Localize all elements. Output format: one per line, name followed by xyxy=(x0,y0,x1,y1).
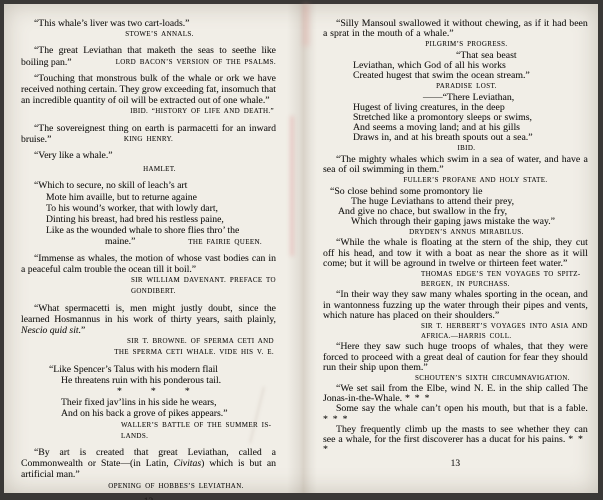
attribution-line: SIR T. HERBERT’S VOYAGES INTO ASIA AND xyxy=(421,321,588,331)
attribution-line: IBID. “HISTORY OF LIFE AND DEATH.” xyxy=(21,106,274,117)
poem-line: Created hugest that swim the ocean strea… xyxy=(323,71,588,81)
attribution-line: HAMLET. xyxy=(43,164,276,175)
attribution-line: KING HENRY. xyxy=(21,134,276,145)
quote-block: “We set sail from the Elbe, wind N. E. i… xyxy=(323,384,588,455)
attribution-line: IBID. xyxy=(345,143,588,153)
poem-line: Dinting his breast, had bred his restles… xyxy=(21,214,276,225)
quote-attribution: SIR T. BROWNE. OF SPERMA CETI ANDTHE SPE… xyxy=(21,336,276,358)
quote-attribution: STOWE’S ANNALS. xyxy=(21,29,276,40)
quote-paragraph: They frequently climb up the masts to se… xyxy=(323,425,588,455)
attribution-line: DRYDEN’S ANNUS MIRABILUS. xyxy=(345,227,588,237)
quote-text: “Silly Mansoul swallowed it without chew… xyxy=(323,19,588,39)
book-scan-screenshot: “This whale’s liver was two cart-loads.”… xyxy=(0,0,603,500)
poem-stanza: “So close behind some promontory lieThe … xyxy=(323,187,588,227)
quote-text: “While the whale is floating at the ster… xyxy=(323,238,588,268)
quote-block: “Silly Mansoul swallowed it without chew… xyxy=(323,19,588,49)
poem-line: Draws in, and at his breath spouts out a… xyxy=(323,133,588,143)
attribution-line: SIR WILLIAM DAVENANT. PREFACE TO xyxy=(131,275,276,286)
poem-line: He threatens ruin with his ponderous tai… xyxy=(21,375,276,386)
quote-block: “That sea beastLeviathan, which God of a… xyxy=(323,51,588,91)
quote-text: “Immense as whales, the motion of whose … xyxy=(21,253,276,275)
poem-stanza: ——“There Leviathan,Hugest of living crea… xyxy=(323,93,588,143)
quote-block: “Here they saw such huge troops of whale… xyxy=(323,342,588,382)
quote-attribution: PARADISE LOST. xyxy=(323,81,588,91)
quote-attribution: WALLER’S BATTLE OF THE SUMMER IS-LANDS. xyxy=(121,420,276,442)
poem-line: * * * xyxy=(21,386,276,397)
quote-attribution: SCHOUTEN’S SIXTH CIRCUMNAVIGATION. xyxy=(323,373,588,383)
quote-italic-phrase: Civitas xyxy=(174,458,201,469)
quote-text: “By art is created that great Leviathan,… xyxy=(21,447,276,481)
quote-block: “Immense as whales, the motion of whose … xyxy=(21,253,276,298)
quote-text: “Here they saw such huge troops of whale… xyxy=(323,342,588,372)
poem-line: Which through their gaping jaws mistake … xyxy=(323,217,588,227)
attribution-line: AFRICA.—HARRIS COLL. xyxy=(421,331,588,341)
attribution-line: SCHOUTEN’S SIXTH CIRCUMNAVIGATION. xyxy=(323,373,570,383)
quote-attribution: DRYDEN’S ANNUS MIRABILUS. xyxy=(323,227,588,237)
quotes-column-right: “Silly Mansoul swallowed it without chew… xyxy=(323,19,588,455)
poem-line: Like as the wounded whale to shore flies… xyxy=(21,225,276,236)
attribution-line: THOMAS EDGE’S TEN VOYAGES TO SPITZ- xyxy=(421,269,588,279)
quote-block: “Which to secure, no skill of leach’s ar… xyxy=(21,180,276,247)
quote-block: “Like Spencer’s Talus with his modern fl… xyxy=(21,364,276,442)
poem-line: “Like Spencer’s Talus with his modern fl… xyxy=(21,364,276,375)
attribution-line: PILGRIM’S PROGRESS. xyxy=(345,39,588,49)
attribution-line: GONDIBERT. xyxy=(131,286,276,297)
quote-block: “While the whale is floating at the ster… xyxy=(323,238,588,288)
attribution-line: LANDS. xyxy=(121,431,276,442)
attribution-line: PARADISE LOST. xyxy=(345,81,588,91)
poem-line: To his wound’s worker, that with lowly d… xyxy=(21,203,276,214)
quote-attribution: THOMAS EDGE’S TEN VOYAGES TO SPITZ-BERGE… xyxy=(421,269,588,289)
poem-stanza: “That sea beastLeviathan, which God of a… xyxy=(323,51,588,81)
quote-attribution: SIR T. HERBERT’S VOYAGES INTO ASIA ANDAF… xyxy=(421,321,588,341)
attribution-line: FULLER’S PROFANE AND HOLY STATE. xyxy=(363,175,588,185)
poem-line: “Which to secure, no skill of leach’s ar… xyxy=(21,180,276,191)
quote-block: “By art is created that great Leviathan,… xyxy=(21,447,276,492)
quote-text: “In their way they saw many whales sport… xyxy=(323,290,588,320)
poem-stanza: “Like Spencer’s Talus with his modern fl… xyxy=(21,364,276,420)
attribution-line: SIR T. BROWNE. OF SPERMA CETI AND xyxy=(21,336,274,347)
quote-text: “This whale’s liver was two cart-loads.” xyxy=(21,18,276,29)
attribution-line: OPENING OF HOBBES’S LEVIATHAN. xyxy=(76,481,276,492)
quote-attribution: THE FAIRIE QUEEN. xyxy=(21,237,276,248)
quote-attribution: FULLER’S PROFANE AND HOLY STATE. xyxy=(323,175,588,185)
book-page-right: “Silly Mansoul swallowed it without chew… xyxy=(300,4,599,500)
poem-line: And on his back a grove of pikes appears… xyxy=(21,408,276,419)
quote-attribution: SIR WILLIAM DAVENANT. PREFACE TOGONDIBER… xyxy=(131,275,276,297)
quote-block: “So close behind some promontory lieThe … xyxy=(323,187,588,237)
quote-text: “Very like a whale.” xyxy=(21,150,276,161)
quote-block: “Touching that monstrous bulk of the wha… xyxy=(21,73,276,118)
quote-attribution: KING HENRY. xyxy=(21,134,276,145)
quote-attribution: IBID. xyxy=(323,143,588,153)
quote-attribution: OPENING OF HOBBES’S LEVIATHAN. xyxy=(21,481,276,492)
quote-segment: “What spermacetti is, men might justly d… xyxy=(21,303,276,325)
attribution-line: BERGEN, IN PURCHASS. xyxy=(421,279,588,289)
quote-block: “This whale’s liver was two cart-loads.”… xyxy=(21,18,276,40)
quote-paragraph: Some say the whale can’t open his mouth,… xyxy=(323,404,588,424)
book-spread: “This whale’s liver was two cart-loads.”… xyxy=(4,4,598,493)
quote-block: “The mighty whales which swim in a sea o… xyxy=(323,155,588,185)
quote-block: ——“There Leviathan,Hugest of living crea… xyxy=(323,93,588,154)
quote-text: “Touching that monstrous bulk of the wha… xyxy=(21,73,276,107)
quote-block: “The sovereignest thing on earth is parm… xyxy=(21,123,276,145)
quote-block: “Very like a whale.”HAMLET. xyxy=(21,150,276,175)
quote-italic-phrase: Nescio quid sit. xyxy=(21,325,81,336)
quote-text: “The mighty whales which swim in a sea o… xyxy=(323,155,588,175)
quote-block: “In their way they saw many whales sport… xyxy=(323,290,588,340)
page-number-right: 13 xyxy=(323,459,588,469)
quote-attribution: HAMLET. xyxy=(21,164,276,175)
quote-text: “What spermacetti is, men might justly d… xyxy=(21,303,276,337)
attribution-line: THE SPERMA CETI WHALE. VIDE HIS V. E. xyxy=(21,347,274,358)
quote-block: “What spermacetti is, men might justly d… xyxy=(21,303,276,359)
quote-attribution: PILGRIM’S PROGRESS. xyxy=(323,39,588,49)
attribution-line: WALLER’S BATTLE OF THE SUMMER IS- xyxy=(121,420,276,431)
quote-block: “The great Leviathan that maketh the sea… xyxy=(21,45,276,67)
quote-segment: ” xyxy=(81,325,85,336)
quote-attribution: IBID. “HISTORY OF LIFE AND DEATH.” xyxy=(21,106,276,117)
poem-line: Their fixed jav’lins in his side he wear… xyxy=(21,397,276,408)
poem-line: Mote him availle, but to returne againe xyxy=(21,192,276,203)
attribution-line: STOWE’S ANNALS. xyxy=(43,29,276,40)
quotes-column-left: “This whale’s liver was two cart-loads.”… xyxy=(21,18,276,492)
quote-paragraph: “We set sail from the Elbe, wind N. E. i… xyxy=(323,384,588,404)
attribution-line: THE FAIRIE QUEEN. xyxy=(21,237,262,248)
book-page-left: “This whale’s liver was two cart-loads.”… xyxy=(4,4,300,500)
